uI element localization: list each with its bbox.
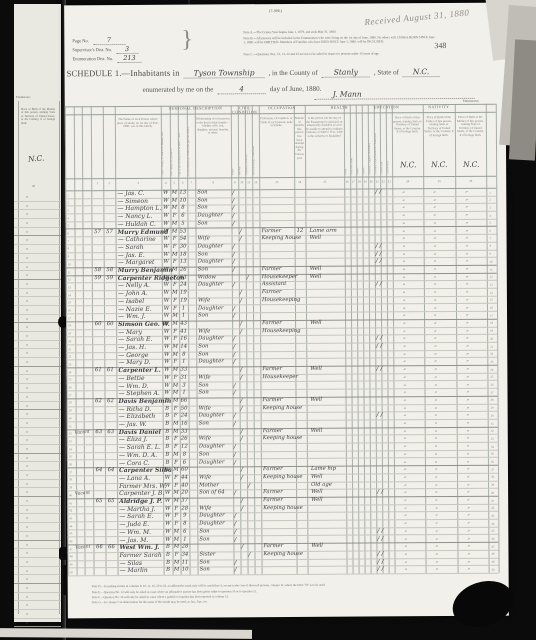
column-header-vertical: Married. [238,115,244,175]
prev-page-row: „ [14,445,61,454]
education-ticks: // [378,566,386,574]
nativity-ditto: „ [434,288,437,296]
prev-nativity-ditto: „ [26,419,29,425]
occupation-value: Keeping house [263,435,303,443]
nativity-ditto: „ [403,365,406,373]
family-number: 66 [105,544,117,552]
civil-condition-tick: / [232,205,234,213]
civil-condition-tick: / [233,336,235,344]
relation-value: Son [198,382,208,390]
sex-value: F [172,521,180,529]
prev-page-row: „ [14,367,61,376]
nativity-ditto: „ [465,203,468,211]
prev-page-row: „ [14,210,61,219]
sex-value: M [172,421,180,429]
civil-condition-tick: / [240,235,242,243]
prev-page-row: „ [14,497,61,506]
prev-nativity-ditto: „ [26,367,29,373]
nativity-ditto: „ [404,481,407,489]
color-value: B [163,398,172,406]
prev-page-row: „ [14,619,61,628]
nativity-ditto: „ [403,304,406,312]
age-value: 33 [179,367,188,375]
prev-page-row: „ [14,419,61,428]
civil-condition-tick: / [233,282,235,290]
occupation-value: Farmer [263,489,283,497]
nativity-ditto: „ [466,311,469,319]
color-value: W [162,328,171,336]
person-name: — Jas. E. [118,251,145,259]
nativity-ditto: „ [404,542,407,550]
prev-page-row: „ [14,219,61,228]
nativity-ditto: „ [466,280,469,288]
nativity-ditto: „ [467,496,470,504]
nativity-ditto: „ [434,280,437,288]
prev-page-row: „ [14,297,61,306]
nativity-ditto: „ [404,419,407,427]
person-name: — Sarah E. [118,336,152,344]
sex-value: F [172,482,180,490]
brace-glyph: } [181,27,193,54]
column-header-vertical: Age at last birthday prior to June 1, 18… [178,116,184,176]
sex-value: M [171,351,179,359]
column-header-vertical: Single. [231,115,237,175]
nativity-ditto: „ [433,219,436,227]
age-value: 33 [180,428,189,436]
column-header-vertical: If born within the Census year, give the… [187,116,193,176]
civil-condition-tick: / [248,551,250,559]
person-name: — Isabel [118,298,144,306]
age-value: 11 [181,559,190,567]
color-value: W [162,236,171,244]
prev-nativity-ditto: „ [26,245,29,251]
prev-page-row: „ [14,375,61,384]
prev-nativity-ditto: „ [26,375,29,381]
nativity-ditto: „ [435,550,438,558]
nativity-ditto: „ [434,334,437,342]
age-value: 37 [180,498,189,506]
education-ticks: // [377,535,385,543]
color-value: W [163,490,172,498]
person-name: — Cora C. [119,459,150,467]
nativity-ditto: „ [467,550,470,558]
color-value: B [163,421,172,429]
prev-nativity-ditto: „ [26,410,29,416]
note-a: Note A.—The Census Year begins June 1, 1… [243,29,458,34]
nativity-ditto: „ [467,450,470,458]
sex-value: M [172,536,180,544]
sickness-value: Well [311,489,323,497]
color-value: W [163,475,172,483]
prev-nativity-ditto: „ [26,593,29,599]
nativity-ditto: „ [466,334,469,342]
nativity-ditto: „ [467,542,470,550]
prev-nativity-ditto: „ [26,445,29,451]
column-number: 25 [423,179,455,183]
nativity-ditto: „ [404,458,407,466]
nativity-ditto: „ [403,296,406,304]
nativity-ditto: „ [467,396,470,404]
nativity-header-value: N.C. [400,160,416,169]
dwelling-number: 60 [92,321,104,329]
nativity-ditto: „ [467,403,470,411]
sickness-value: Old age [311,481,332,489]
person-name: — Wm. J. [118,313,145,321]
age-value: 30 [179,243,188,251]
sex-value: F [172,475,180,483]
age-value: 53 [178,228,187,236]
sickness-value: Lame arm [309,227,336,235]
nativity-ditto: „ [434,373,437,381]
column-group-header: Nativity [392,105,486,110]
civil-condition-tick: / [234,420,236,428]
sex-value: M [172,498,180,506]
prev-page-row: „ [14,593,61,602]
color-value: W [161,190,170,198]
column-group-header: Civil Condition [231,106,259,114]
family-number: 62 [105,398,117,406]
enumeration-dist-value: 213 [117,54,141,63]
sex-value: M [172,467,180,475]
sex-value: F [171,336,179,344]
nativity-ditto: „ [435,504,438,512]
nativity-ditto: „ [403,273,406,281]
education-ticks: // [376,365,384,373]
nativity-ditto: „ [467,511,470,519]
nativity-ditto: „ [435,542,438,550]
relation-value: Daughter [199,443,224,451]
nativity-ditto: „ [435,458,438,466]
relation-value: Son [197,197,207,205]
nativity-header-value: N.C. [463,160,479,169]
nativity-ditto: „ [436,565,439,573]
civil-condition-tick: / [241,474,243,482]
sex-value: M [171,344,179,352]
civil-condition-tick: / [241,497,243,505]
family-number: 58 [104,267,116,275]
civil-condition-tick: / [234,536,236,544]
nativity-ditto: „ [403,350,406,358]
age-value: 31 [179,374,188,382]
person-name: — Jas. C. [117,190,144,198]
nativity-ditto: „ [434,319,437,327]
prev-page-row: „ [14,610,61,619]
relation-value: Wife [199,474,211,482]
nativity-ditto: „ [405,558,408,566]
prev-page-row: „ [14,202,61,211]
color-value: B [164,559,173,567]
person-name: — Nelly A. [118,282,150,290]
nativity-ditto: „ [435,404,438,412]
prev-nativity-ditto: „ [26,271,29,277]
age-value: 10 [178,197,187,205]
nativity-ditto: „ [404,550,407,558]
person-name: — Wm. D. A. [119,452,157,460]
sex-value: M [172,528,180,536]
civil-condition-tick: / [233,359,235,367]
nativity-ditto: „ [434,327,437,335]
occupation-value: Farmer [262,289,282,297]
sex-value: F [172,513,180,521]
column-number: 14 [294,180,305,184]
prev-nativity-ditto: „ [26,454,29,460]
nativity-ditto: „ [435,496,438,504]
nativity-ditto: „ [467,480,470,488]
prev-page-row: „ [14,228,61,237]
age-value: 28 [180,505,189,513]
color-value: W [161,228,170,236]
state-value: N.C. [403,67,439,77]
months-unemployed-value: 12 [294,227,305,235]
civil-condition-tick: / [241,466,243,474]
relation-value: Son [198,266,208,274]
education-ticks: // [376,242,384,250]
nativity-ditto: „ [435,473,438,481]
dwelling-number: 61 [92,367,104,375]
relation-value: Daughter [198,305,223,313]
relation-value: Mother [199,482,219,490]
age-value: 50 [180,405,189,413]
color-value: W [162,375,171,383]
prev-page-row: „ [14,384,61,393]
nativity-ditto: „ [466,373,469,381]
age-value: 8 [180,451,189,459]
nativity-ditto: „ [466,242,469,250]
sickness-value: Well [310,235,322,243]
prev-page-row: „ [14,306,61,315]
column-header-vertical: Attended school within the Census year. [374,114,380,174]
nativity-ditto: „ [465,211,468,219]
person-name: Farmer Sarah [119,552,161,560]
age-value: 44 [180,474,189,482]
person-name: West Wm. J. [119,544,159,552]
sex-value: F [171,259,179,267]
nativity-ditto: „ [403,358,406,366]
page-stamp-348: 348 [434,41,446,50]
nativity-ditto: „ [435,450,438,458]
column-number: 10 [238,180,245,184]
column-header-vertical: Blind. [344,115,350,175]
prev-page-row: „ [14,532,61,541]
prev-page-row: „ [14,575,61,584]
age-value: 19 [179,290,188,298]
sex-value: M [171,267,179,275]
color-value: W [162,359,171,367]
color-value: W [162,244,171,252]
sex-value: F [172,413,180,421]
relation-value: Son [198,251,208,259]
prev-page-row: „ [14,332,61,341]
sex-value: M [170,205,178,213]
nativity-ditto: „ [402,196,405,204]
prev-nativity-ditto: „ [26,506,29,512]
relation-value: Son [198,343,208,351]
age-value: 14 [179,344,188,352]
nativity-ditto: „ [466,357,469,365]
nativity-ditto: „ [467,504,470,512]
column-number: 6 [178,181,187,185]
nativity-ditto: „ [404,396,407,404]
nativity-ditto: „ [434,250,437,258]
prev-nativity-ditto: „ [26,393,29,399]
sickness-value: Well [311,497,323,505]
nativity-ditto: „ [403,250,406,258]
civil-condition-tick: / [241,436,243,444]
age-value: 8 [180,521,189,529]
nativity-ditto: „ [405,566,408,574]
sex-value: F [172,552,180,560]
nativity-ditto: „ [433,196,436,204]
education-ticks: // [377,527,385,535]
civil-condition-tick: / [240,297,242,305]
civil-condition-tick: / [232,212,234,220]
nativity-ditto: „ [435,465,438,473]
prev-nativity-ditto: „ [26,549,29,555]
nativity-ditto: „ [402,219,405,227]
color-value: W [162,259,171,267]
occupation-value: Farmer [262,266,282,274]
dwelling-number: 64 [93,467,105,475]
prev-nativity-ditto: „ [26,193,29,199]
prev-nativity-ditto: „ [26,228,29,234]
prev-nativity-ditto: „ [26,349,29,355]
sex-value: M [170,220,178,228]
column-header-nativity-mother: Place of Birth of the Mother of this per… [456,116,485,164]
occupation-value: Keeping house [263,474,303,482]
nativity-ditto: „ [433,211,436,219]
age-value: 20 [180,490,189,498]
relation-value: Daughter [198,259,223,267]
person-name: — John A. [118,290,148,298]
color-value: W [162,290,171,298]
column-number: 7 [187,181,195,185]
family-number: 65 [105,498,117,506]
nativity-ditto: „ [434,265,437,273]
color-value: W [163,467,172,475]
prev-page-row: „ [14,358,61,367]
column-number: 1 [91,181,103,185]
nativity-ditto: „ [403,327,406,335]
age-value: 26 [180,436,189,444]
column-header-nativity-person: Place of Birth of this person, naming St… [393,116,422,164]
nativity-ditto: „ [404,504,407,512]
color-value: W [162,305,171,313]
person-name: — Silas [120,559,143,567]
column-header-nativity-father: Place of Birth of the Father of this per… [424,116,454,164]
sickness-value: Well [311,427,323,435]
nativity-ditto: „ [466,288,469,296]
color-value: W [162,298,171,306]
person-name: — Jas. W. [119,421,147,429]
nativity-ditto: „ [466,326,469,334]
occupation-value: Farmer [261,228,281,236]
civil-condition-tick: / [233,313,235,321]
dwelling-number: 66 [93,544,105,552]
relation-value: Wife [198,328,210,336]
nativity-ditto: „ [435,519,438,527]
prev-page-row: „ [14,558,61,567]
occupation-value: Housekeeping [262,328,300,336]
column-number: 8 [195,180,231,184]
column-header-vertical: Cannot read. [380,114,386,174]
person-name: — Elizabeth [119,413,156,421]
age-value: 16 [180,421,189,429]
relation-value: Son [197,205,207,213]
civil-condition-tick: / [247,274,249,282]
color-value: B [163,428,172,436]
nativity-ditto: „ [404,465,407,473]
prev-nativity-ditto: „ [26,610,29,616]
color-value: B [163,413,172,421]
nativity-ditto: „ [403,311,406,319]
color-value: W [163,528,172,536]
civil-condition-tick: / [234,490,236,498]
prev-nativity-ditto: „ [26,436,29,442]
sex-value: F [171,359,179,367]
prev-nativity-ditto: „ [26,541,29,547]
prev-page-row: „ [14,584,61,593]
relation-value: Son [198,390,208,398]
nativity-ditto: „ [404,535,407,543]
sickness-value: Well [311,397,323,405]
civil-condition-tick: / [248,482,250,490]
nativity-ditto: „ [436,558,439,566]
nativity-ditto: „ [402,227,405,235]
column-number: 2 [103,181,115,185]
prev-nativity-ditto: „ [26,619,29,625]
prev-nativity-ditto: „ [26,219,29,225]
nativity-ditto: „ [403,335,406,343]
prev-nativity-ditto: „ [26,202,29,208]
person-name: — Ritha D. [119,405,152,413]
nativity-ditto: „ [403,234,406,242]
nativity-ditto: „ [402,204,405,212]
occupation-value: Farmer [262,366,282,374]
sex-value: M [172,490,180,498]
sickness-value: Well [310,273,322,281]
relation-value: Widow [198,274,216,282]
age-value: 41 [179,328,188,336]
nativity-ditto: „ [404,519,407,527]
civil-condition-tick: / [241,405,243,413]
sex-value: M [171,321,179,329]
column-header-name: The Name of each Person whose place of a… [116,118,160,166]
occupation-value: Keeping house [263,405,303,413]
nativity-ditto: „ [404,473,407,481]
nativity-ditto: „ [435,434,438,442]
nativity-ditto: „ [403,342,406,350]
nativity-ditto: „ [466,342,469,350]
prev-nativity-ditto: „ [26,315,29,321]
nativity-ditto: „ [433,227,436,235]
age-value: 40 [180,482,189,490]
nativity-ditto: „ [435,396,438,404]
relation-value: Son [199,528,209,536]
civil-condition-tick: / [235,567,237,575]
column-header-vertical: Cannot write. [386,114,392,174]
civil-condition-tick: / [233,259,235,267]
nativity-ditto: „ [404,450,407,458]
nativity-ditto: „ [466,273,469,281]
age-value: 16 [179,336,188,344]
prev-page-row: „ [14,402,61,411]
nativity-ditto: „ [403,242,406,250]
prev-nativity-ditto: „ [26,210,29,216]
civil-condition-tick: / [232,197,234,205]
civil-condition-tick: / [233,305,235,313]
civil-condition-tick: / [235,559,237,567]
relation-value: Son [198,351,208,359]
